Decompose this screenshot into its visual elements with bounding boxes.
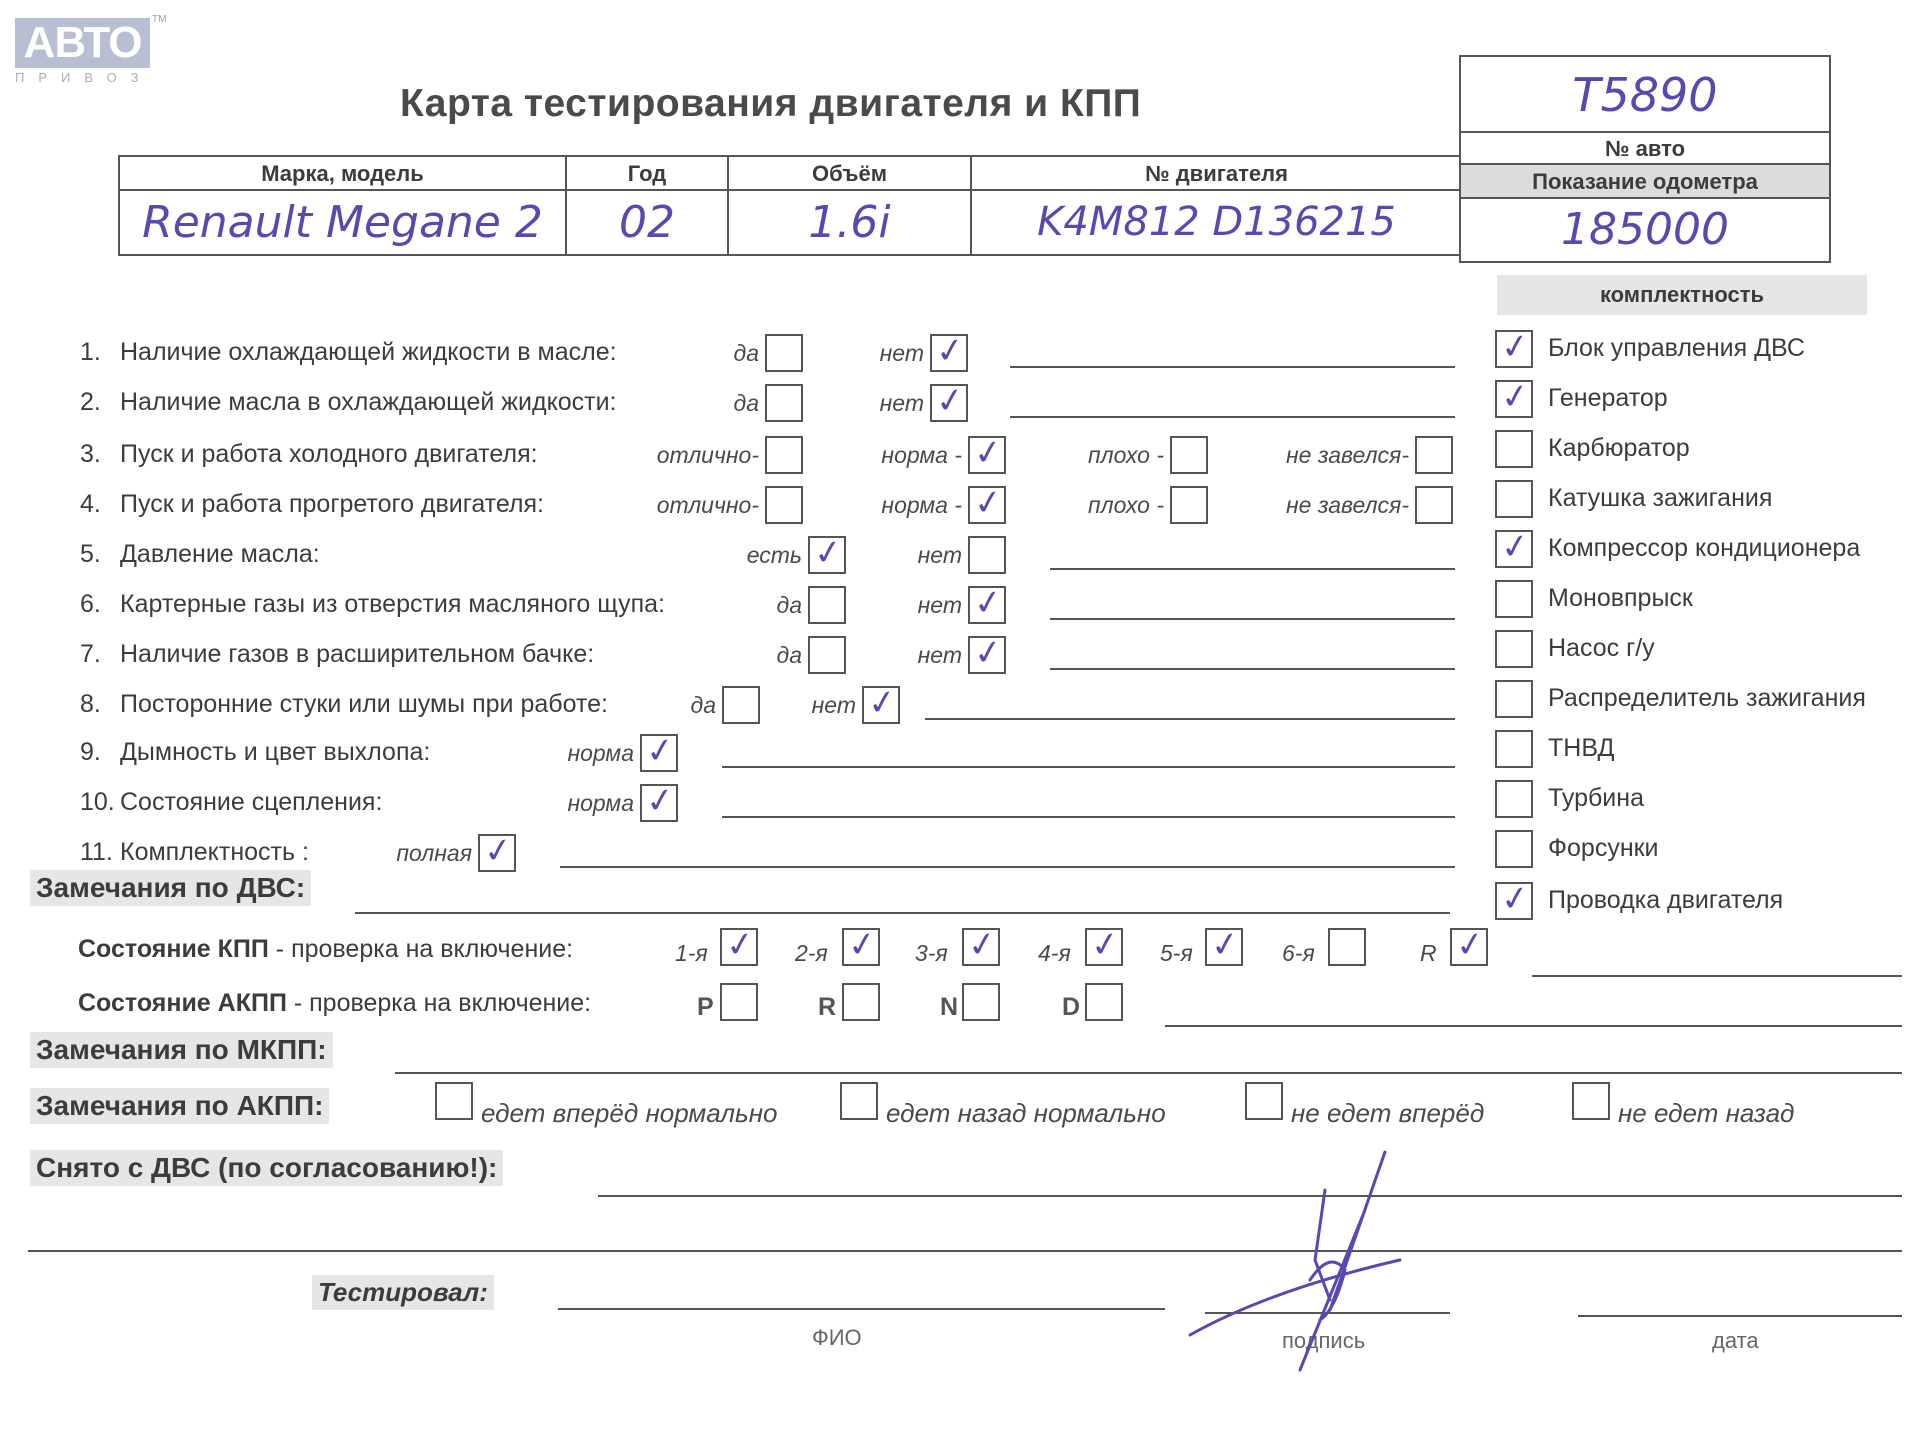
auto-gear-checkbox[interactable] [842,983,880,1021]
auto-remark-checkbox[interactable] [1572,1082,1610,1120]
option-checkbox[interactable] [1415,486,1453,524]
auto-gearbox-label-bold: Состояние АКПП [78,989,287,1017]
auto-remark-checkbox[interactable] [435,1082,473,1120]
question-notes-line[interactable] [1050,668,1455,670]
option-checkbox[interactable]: ✓ [968,586,1006,624]
name-line[interactable] [558,1308,1165,1310]
completeness-item-label: Генератор [1548,384,1668,413]
question-number: 9. [80,738,101,767]
option-label: норма [567,790,634,817]
option-label: да [733,340,759,367]
vehicle-box: T5890 № авто Показание одометра 185000 [1459,55,1831,263]
check-mark-icon: ✓ [1499,378,1532,416]
removed-label: Снято с ДВС (по согласованию!): [30,1150,503,1186]
question-notes-line[interactable] [1050,568,1455,570]
option-checkbox[interactable]: ✓ [862,686,900,724]
completeness-checkbox[interactable]: ✓ [1495,380,1533,418]
completeness-item-label: Распределитель зажигания [1548,684,1866,713]
remarks-manual-label: Замечания по МКПП: [30,1032,333,1068]
check-mark-icon: ✓ [934,332,967,370]
check-mark-icon: ✓ [934,382,967,420]
question-notes-line[interactable] [1050,618,1455,620]
question-text: Наличие газов в расширительном бачке: [120,640,594,669]
gear-checkbox[interactable]: ✓ [1085,928,1123,966]
gear-label: 1-я [675,940,708,967]
completeness-item-label: Проводка двигателя [1548,886,1783,915]
option-checkbox[interactable]: ✓ [968,486,1006,524]
check-mark-icon: ✓ [972,634,1005,672]
remarks-engine-label: Замечания по ДВС: [30,870,311,906]
option-label: плохо - [1088,492,1164,519]
gear-checkbox[interactable]: ✓ [1205,928,1243,966]
option-label: не завелся- [1286,492,1409,519]
gear-label: 6-я [1282,940,1315,967]
auto-gear-label: N [940,993,958,1022]
gear-checkbox[interactable]: ✓ [842,928,880,966]
option-checkbox[interactable] [765,436,803,474]
volume-field[interactable]: 1.6i [729,191,972,254]
check-mark-icon: ✓ [644,732,677,770]
completeness-checkbox[interactable] [1495,430,1533,468]
option-checkbox[interactable]: ✓ [640,784,678,822]
auto-gear-checkbox[interactable] [1085,983,1123,1021]
page-title: Карта тестирования двигателя и КПП [400,82,1141,126]
option-checkbox[interactable] [722,686,760,724]
question-text: Дымность и цвет выхлопа: [120,738,430,767]
engine-number-field[interactable]: K4M812 D136215 [972,191,1461,254]
signature-scribble [1180,1150,1410,1380]
completeness-checkbox[interactable] [1495,780,1533,818]
option-checkbox[interactable] [808,636,846,674]
question-text: Комплектность : [120,838,309,867]
completeness-item-label: Турбина [1548,784,1644,813]
check-mark-icon: ✓ [482,832,515,870]
option-label: да [776,592,802,619]
name-caption: ФИО [812,1325,862,1351]
question-text: Пуск и работа холодного двигателя: [120,440,538,469]
option-label: нет [880,390,924,417]
option-checkbox[interactable]: ✓ [930,384,968,422]
question-number: 10. [80,788,115,817]
question-number: 2. [80,388,101,417]
check-mark-icon: ✓ [1454,926,1487,964]
tested-by-label: Тестировал: [312,1275,494,1310]
question-text: Посторонние стуки или шумы при работе: [120,690,608,719]
completeness-item-label: Форсунки [1548,834,1659,863]
completeness-item-label: Моновпрыск [1548,584,1693,613]
option-checkbox[interactable] [808,586,846,624]
remarks-engine-line[interactable] [355,912,1450,914]
check-mark-icon: ✓ [866,684,899,722]
header-make-model: Марка, модель [120,157,567,191]
auto-gear-label: P [697,993,714,1022]
option-checkbox[interactable] [1170,436,1208,474]
option-checkbox[interactable]: ✓ [808,536,846,574]
completeness-item-label: ТНВД [1548,734,1614,763]
completeness-checkbox[interactable] [1495,830,1533,868]
removed-line-2[interactable] [28,1250,1902,1252]
option-label: нет [812,692,856,719]
gear-checkbox[interactable]: ✓ [720,928,758,966]
question-text: Наличие охлаждающей жидкости в масле: [120,338,617,367]
option-label: отлично- [657,492,759,519]
question-number: 3. [80,440,101,469]
option-label: норма - [881,492,962,519]
gear-label: 3-я [915,940,948,967]
check-mark-icon: ✓ [972,484,1005,522]
completeness-checkbox[interactable]: ✓ [1495,330,1533,368]
completeness-checkbox[interactable] [1495,680,1533,718]
question-text: Состояние сцепления: [120,788,382,817]
question-text: Картерные газы из отверстия масляного щу… [120,590,665,619]
completeness-item-label: Блок управления ДВС [1548,334,1805,363]
question-notes-line[interactable] [1010,416,1455,418]
option-label: норма [567,740,634,767]
question-notes-line[interactable] [925,718,1455,720]
option-checkbox[interactable] [968,536,1006,574]
option-label: да [733,390,759,417]
remarks-auto-label: Замечания по АКПП: [30,1088,329,1124]
option-checkbox[interactable]: ✓ [640,734,678,772]
auto-gearbox-label-rest: - проверка на включение: [287,989,591,1017]
year-field[interactable]: 02 [567,191,729,254]
logo-subtitle: ПРИВОЗ [15,70,153,85]
make-model-field[interactable]: Renault Megane 2 [120,191,567,254]
auto-remark-label: не едет вперёд [1291,1098,1484,1129]
auto-gear-checkbox[interactable] [720,983,758,1021]
option-label: есть [747,542,802,569]
option-checkbox[interactable] [765,486,803,524]
odometer-field[interactable]: 185000 [1461,199,1829,261]
auto-gear-label: D [1062,993,1080,1022]
option-label: да [776,642,802,669]
completeness-item-label: Компрессор кондиционера [1548,534,1860,563]
logo: АВТО [15,18,150,68]
auto-number-field[interactable]: T5890 [1461,57,1829,133]
option-checkbox[interactable]: ✓ [968,636,1006,674]
completeness-checkbox[interactable] [1495,580,1533,618]
option-checkbox[interactable] [1415,436,1453,474]
check-mark-icon: ✓ [724,926,757,964]
gear-checkbox[interactable] [1328,928,1366,966]
auto-remark-label: едет назад нормально [886,1098,1166,1129]
completeness-checkbox[interactable]: ✓ [1495,530,1533,568]
header-year: Год [567,157,729,191]
completeness-checkbox[interactable] [1495,630,1533,668]
manual-gearbox-label-rest: - проверка на включение: [269,935,573,963]
manual-gearbox-line[interactable] [1532,975,1902,977]
remarks-manual-line[interactable] [395,1072,1902,1074]
question-number: 8. [80,690,101,719]
date-line[interactable] [1578,1315,1902,1317]
header-volume: Объём [729,157,972,191]
gear-label: 2-я [795,940,828,967]
auto-gear-checkbox[interactable] [962,983,1000,1021]
check-mark-icon: ✓ [966,926,999,964]
option-label: нет [880,340,924,367]
gear-checkbox[interactable]: ✓ [1450,928,1488,966]
header-engine-number: № двигателя [972,157,1461,191]
auto-gearbox-label: Состояние АКПП - проверка на включение: [78,989,591,1018]
check-mark-icon: ✓ [972,434,1005,472]
option-label: не завелся- [1286,442,1409,469]
gear-label: 5-я [1160,940,1193,967]
completeness-checkbox[interactable] [1495,730,1533,768]
question-number: 11. [80,838,113,867]
option-label: нет [918,592,962,619]
question-text: Давление масла: [120,540,320,569]
manual-gearbox-label: Состояние КПП - проверка на включение: [78,935,573,964]
question-notes-line[interactable] [560,866,1455,868]
completeness-checkbox[interactable] [1495,480,1533,518]
question-number: 7. [80,640,101,669]
auto-remark-label: не едет назад [1618,1098,1794,1129]
odometer-label: Показание одометра [1461,165,1829,199]
auto-remark-label: едет вперёд нормально [481,1098,777,1129]
auto-remark-checkbox[interactable] [840,1082,878,1120]
completeness-item-label: Карбюратор [1548,434,1690,463]
question-number: 6. [80,590,101,619]
option-checkbox[interactable]: ✓ [930,334,968,372]
option-checkbox[interactable]: ✓ [478,834,516,872]
check-mark-icon: ✓ [1499,880,1532,918]
logo-trademark: TM [152,14,166,25]
gear-label: R [1420,940,1437,967]
option-label: плохо - [1088,442,1164,469]
option-checkbox[interactable]: ✓ [968,436,1006,474]
option-label: отлично- [657,442,759,469]
option-checkbox[interactable] [1170,486,1208,524]
option-label: да [690,692,716,719]
completeness-item-label: Насос г/у [1548,634,1655,663]
question-text: Наличие масла в охлаждающей жидкости: [120,388,617,417]
question-text: Пуск и работа прогретого двигателя: [120,490,544,519]
question-number: 1. [80,338,101,367]
option-checkbox[interactable] [765,334,803,372]
question-number: 4. [80,490,101,519]
auto-gear-label: R [818,993,836,1022]
option-label: нет [918,642,962,669]
question-number: 5. [80,540,101,569]
completeness-header: комплектность [1497,275,1867,315]
vehicle-info-table: Марка, модель Год Объём № двигателя Rena… [118,155,1461,256]
gear-label: 4-я [1038,940,1071,967]
check-mark-icon: ✓ [644,782,677,820]
option-checkbox[interactable] [765,384,803,422]
question-notes-line[interactable] [722,816,1455,818]
gear-checkbox[interactable]: ✓ [962,928,1000,966]
auto-gearbox-line[interactable] [1165,1025,1902,1027]
check-mark-icon: ✓ [1499,528,1532,566]
option-label: норма - [881,442,962,469]
check-mark-icon: ✓ [1209,926,1242,964]
check-mark-icon: ✓ [846,926,879,964]
auto-remark-checkbox[interactable] [1245,1082,1283,1120]
manual-gearbox-label-bold: Состояние КПП [78,935,269,963]
check-mark-icon: ✓ [1499,328,1532,366]
option-label: полная [396,840,472,867]
completeness-item-label: Катушка зажигания [1548,484,1772,513]
question-notes-line[interactable] [722,766,1455,768]
option-label: нет [918,542,962,569]
check-mark-icon: ✓ [812,534,845,572]
check-mark-icon: ✓ [972,584,1005,622]
check-mark-icon: ✓ [1089,926,1122,964]
question-notes-line[interactable] [1010,366,1455,368]
date-caption: дата [1712,1328,1759,1354]
completeness-checkbox[interactable]: ✓ [1495,882,1533,920]
auto-number-label: № авто [1461,133,1829,165]
